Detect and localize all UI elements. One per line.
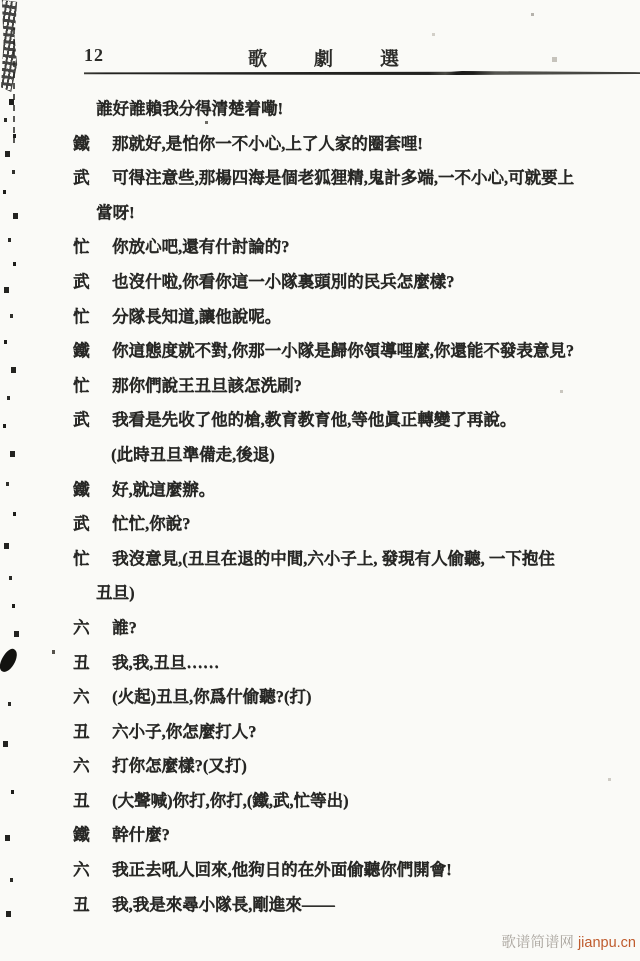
script-line: 武 也沒什啦,你看你這一小隊裏頭別的民兵怎麼樣? (0, 265, 640, 300)
script-line: 鐵 那就好,是怕你一不小心,上了人家的圈套哩! (0, 127, 640, 162)
dialogue-text: 可得注意些,那楊四海是個老狐狸精,鬼計多端,一不小心,可就要上 (112, 168, 574, 187)
dialogue-text: 我沒意見,(丑旦在退的中間,六小子上, 發現有人偷聽, 一下抱住 (112, 549, 555, 568)
script-line: 丑旦) (0, 576, 640, 611)
script-line: 丑 我,我是來尋小隊長,剛進來—— (0, 888, 640, 923)
dialogue-text: 你放心吧,還有什討論的? (112, 237, 289, 256)
script-line: (此時丑旦準備走,後退) (0, 438, 640, 473)
watermark: 歌谱简谱网 jianpu.cn (501, 931, 636, 952)
speaker-label: 武 (73, 161, 90, 196)
speaker-label: 六 (73, 853, 90, 888)
dialogue-text: (火起)丑旦,你爲什偷聽?(打) (112, 687, 311, 706)
dialogue-text: 幹什麼? (112, 825, 170, 844)
speaker-label: 六 (73, 611, 90, 646)
script-line: 忙 那你們說王丑旦該怎洗刷? (0, 369, 640, 404)
script-line: 武 可得注意些,那楊四海是個老狐狸精,鬼計多端,一不小心,可就要上 (0, 161, 640, 196)
speaker-label: 忙 (73, 542, 90, 577)
dialogue-text: 六小子,你怎麼打人? (112, 722, 256, 741)
dialogue-text: (此時丑旦準備走,後退) (111, 445, 275, 464)
script-line: 忙 我沒意見,(丑旦在退的中間,六小子上, 發現有人偷聽, 一下抱住 (0, 542, 640, 577)
watermark-site-name: 歌谱简谱网 (501, 935, 578, 951)
speaker-label: 六 (73, 749, 90, 784)
speaker-label: 武 (73, 403, 90, 438)
speaker-label: 丑 (73, 646, 90, 681)
script-line: 六 (火起)丑旦,你爲什偷聽?(打) (0, 680, 640, 715)
script-line: 鐵 你這態度就不對,你那一小隊是歸你領導哩麼,你還能不發表意見? (0, 334, 640, 369)
dialogue-text: 也沒什啦,你看你這一小隊裏頭別的民兵怎麼樣? (112, 272, 454, 291)
script-line: 丑 六小子,你怎麼打人? (0, 715, 640, 750)
page-title: 歌劇選 (248, 44, 446, 71)
speaker-label: 丑 (73, 888, 90, 923)
speaker-label: 武 (73, 265, 90, 300)
dialogue-text: 打你怎麼樣?(又打) (112, 756, 247, 775)
script-line: 武 忙忙,你說? (0, 507, 640, 542)
dialogue-text: 誰好誰賴我分得清楚着嘞! (96, 99, 283, 118)
script-line: 武 我看是先收了他的槍,教育教育他,等他眞正轉變了再說。 (0, 403, 640, 438)
dialogue-text: 我看是先收了他的槍,教育教育他,等他眞正轉變了再說。 (112, 410, 516, 429)
script-line: 誰好誰賴我分得清楚着嘞! (0, 92, 640, 127)
dialogue-text: 忙忙,你說? (112, 514, 190, 533)
speaker-label: 忙 (73, 369, 90, 404)
page-number: 12 (84, 45, 104, 66)
script-line: 鐵 幹什麼? (0, 818, 640, 853)
script-line: 鐵 好,就這麼辦。 (0, 473, 640, 508)
dialogue-text: 分隊長知道,讓他說呢。 (112, 307, 281, 326)
dialogue-text: 那你們說王丑旦該怎洗刷? (112, 376, 302, 395)
dialogue-text: 你這態度就不對,你那一小隊是歸你領導哩麼,你還能不發表意見? (112, 341, 574, 360)
header-divider (84, 71, 640, 75)
speaker-label: 忙 (73, 300, 90, 335)
dialogue-text: 我正去吼人回來,他狗日的在外面偷聽你們開會! (112, 860, 452, 879)
dialogue-text: 好,就這麼辦。 (112, 480, 215, 499)
script-line: 丑 (大聲喊)你打,你打,(鐵,武,忙等出) (0, 784, 640, 819)
speaker-label: 武 (73, 507, 90, 542)
speaker-label: 鐵 (73, 127, 90, 162)
script-line: 六 誰? (0, 611, 640, 646)
script-line: 丑 我,我,丑旦…… (0, 646, 640, 681)
script-body: 誰好誰賴我分得清楚着嘞! 鐵 那就好,是怕你一不小心,上了人家的圈套哩! 武 可… (0, 92, 640, 922)
speaker-label: 六 (73, 680, 90, 715)
script-line: 六 打你怎麼樣?(又打) (0, 749, 640, 784)
speaker-label: 丑 (73, 715, 90, 750)
dialogue-text: 我,我,丑旦…… (112, 653, 219, 672)
script-line: 忙 分隊長知道,讓他說呢。 (0, 300, 640, 335)
dialogue-text: 當呀! (96, 203, 135, 222)
script-line: 當呀! (0, 196, 640, 231)
speaker-label: 鐵 (73, 334, 90, 369)
dialogue-text: 那就好,是怕你一不小心,上了人家的圈套哩! (112, 134, 423, 153)
script-line: 忙 你放心吧,還有什討論的? (0, 230, 640, 265)
speaker-label: 忙 (73, 230, 90, 265)
stray-dots (0, 0, 3, 3)
dialogue-text: 誰? (112, 618, 137, 637)
speaker-label: 鐵 (73, 818, 90, 853)
script-line: 六 我正去吼人回來,他狗日的在外面偷聽你們開會! (0, 853, 640, 888)
scan-gutter-artifact (1, 0, 18, 92)
speaker-label: 丑 (73, 784, 90, 819)
dialogue-text: 我,我是來尋小隊長,剛進來—— (112, 895, 335, 914)
dialogue-text: 丑旦) (96, 583, 135, 602)
watermark-site-url: jianpu.cn (578, 935, 636, 951)
speaker-label: 鐵 (73, 473, 90, 508)
dialogue-text: (大聲喊)你打,你打,(鐵,武,忙等出) (112, 791, 348, 810)
